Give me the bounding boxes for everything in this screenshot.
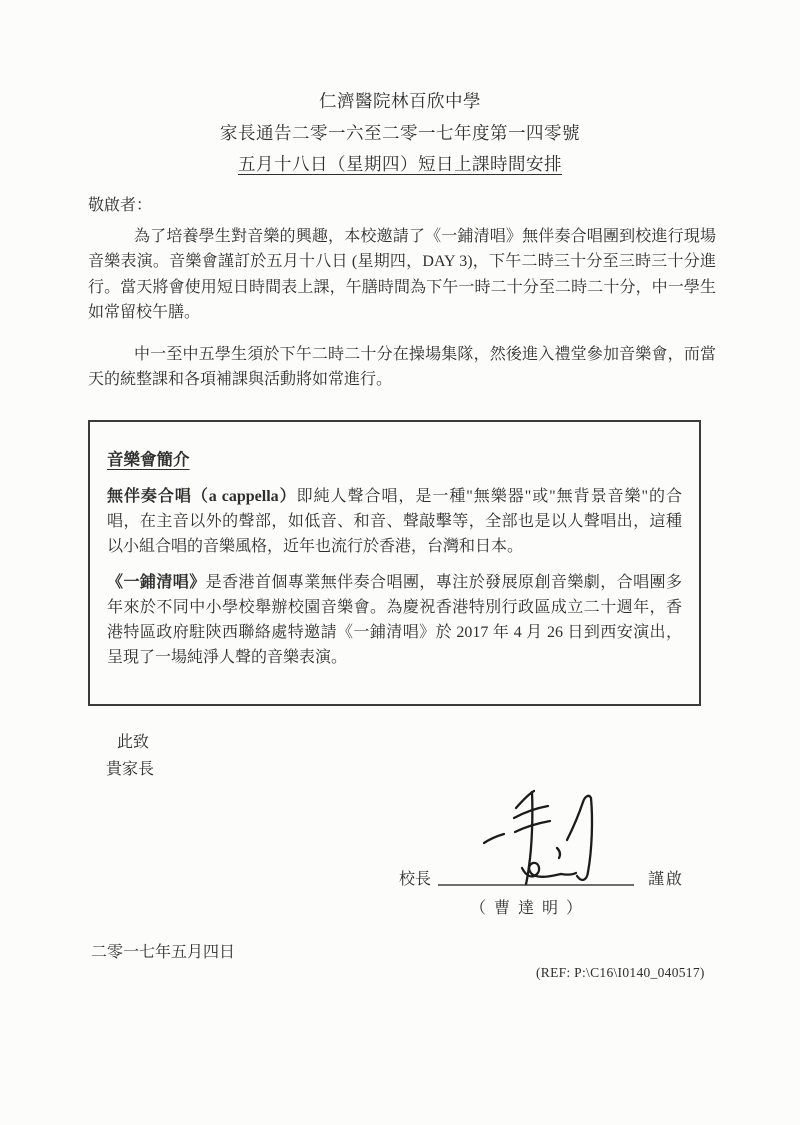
principal-label: 校長: [399, 866, 431, 889]
acappella-term-latin: （a cappella）: [192, 488, 297, 505]
concert-intro-title: 音樂會簡介: [107, 446, 682, 470]
scanned-notice-letter: 仁濟醫院林百欣中學 家長通告二零一六至二零一七年度第一四零號 五月十八日（星期四…: [0, 0, 800, 1125]
group-name: 《一鋪清唱》: [107, 574, 206, 591]
notice-number: 家長通告二零一六至二零一七年度第一四零號: [0, 118, 800, 150]
school-name: 仁濟醫院林百欣中學: [0, 86, 800, 118]
group-description: 《一鋪清唱》是香港首個專業無伴奏合唱團，專注於發展原創音樂劇，合唱團多年來於不同…: [107, 570, 682, 670]
principal-name: （ 曹 達 明 ）: [470, 895, 584, 918]
closing-phrase: 謹啟: [648, 866, 684, 889]
acappella-description: 無伴奏合唱（a cappella）即純人聲合唱，是一種"無樂器"或"無背景音樂"…: [107, 484, 682, 559]
closing-cizhi: 此致: [117, 729, 149, 752]
principal-signature-handwriting-icon: [477, 788, 605, 890]
concert-intro-box: 音樂會簡介 無伴奏合唱（a cappella）即純人聲合唱，是一種"無樂器"或"…: [88, 420, 701, 706]
letter-header: 仁濟醫院林百欣中學 家長通告二零一六至二零一七年度第一四零號 五月十八日（星期四…: [0, 86, 800, 181]
letter-date: 二零一七年五月四日: [91, 939, 235, 962]
acappella-term: 無伴奏合唱: [107, 488, 192, 505]
closing-recipient: 貴家長: [106, 756, 154, 779]
body-paragraph-1: 為了培養學生對音樂的興趣，本校邀請了《一鋪清唱》無伴奏合唱團到校進行現場音樂表演…: [88, 224, 716, 326]
notice-subject: 五月十八日（星期四）短日上課時間安排: [0, 149, 800, 181]
body-paragraph-2: 中一至中五學生須於下午二時二十分在操場集隊，然後進入禮堂參加音樂會，而當天的統整…: [88, 342, 716, 393]
reference-number: (REF: P:\C16\I0140_040517): [536, 965, 705, 981]
salutation: 敬啟者：: [88, 192, 152, 215]
